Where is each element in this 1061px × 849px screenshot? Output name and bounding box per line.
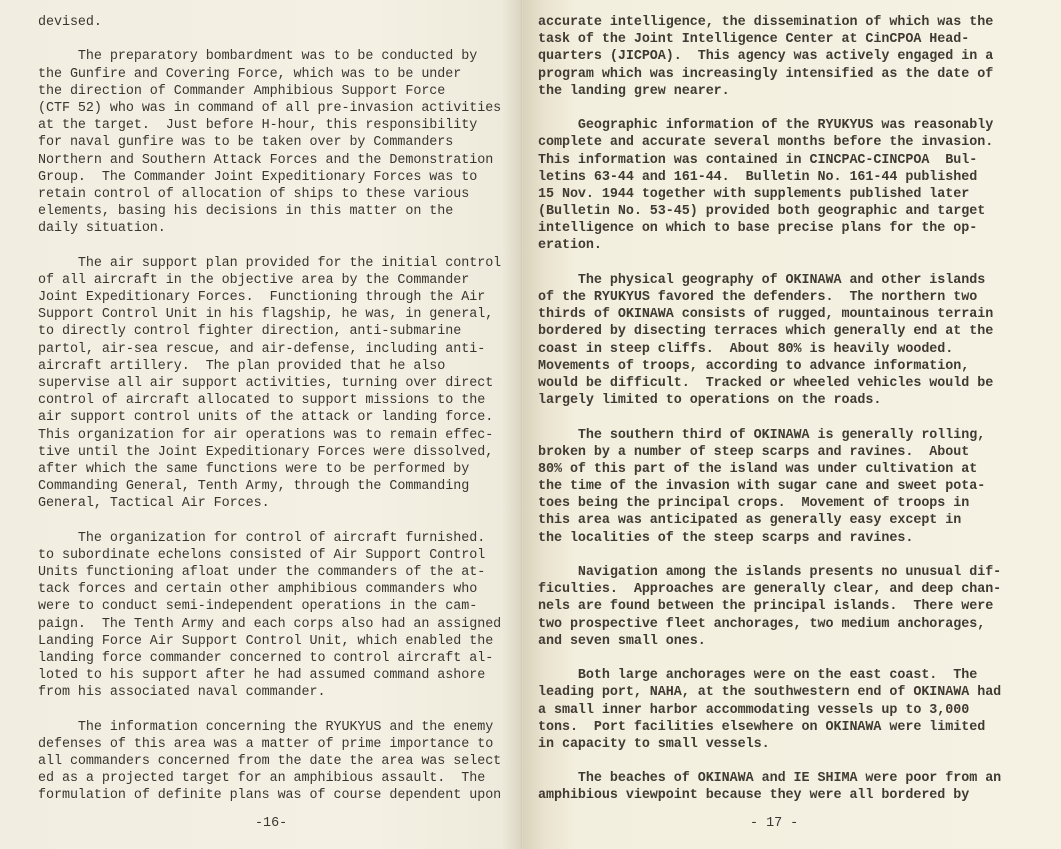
paragraph: The information concerning the RYUKYUS a… xyxy=(38,719,528,805)
text-line: eration. xyxy=(538,237,1043,254)
text-line: The physical geography of OKINAWA and ot… xyxy=(538,272,1043,289)
text-line: the direction of Commander Amphibious Su… xyxy=(38,83,528,100)
paragraph: The air support plan provided for the in… xyxy=(38,255,528,513)
text-line: intelligence on which to base precise pl… xyxy=(538,220,1043,237)
paragraph: devised. xyxy=(38,14,528,31)
text-line: task of the Joint Intelligence Center at… xyxy=(538,31,1043,48)
book-spread: devised. The preparatory bombardment was… xyxy=(0,0,1061,849)
text-line: Northern and Southern Attack Forces and … xyxy=(38,152,528,169)
text-line: control of aircraft allocated to support… xyxy=(38,392,528,409)
text-line: this area was anticipated as generally e… xyxy=(538,512,1043,529)
text-line: 15 Nov. 1944 together with supplements p… xyxy=(538,186,1043,203)
paragraph: Navigation among the islands presents no… xyxy=(538,564,1043,650)
text-line: of the RYUKYUS favored the defenders. Th… xyxy=(538,289,1043,306)
text-line: to subordinate echelons consisted of Air… xyxy=(38,547,528,564)
paragraph: accurate intelligence, the dissemination… xyxy=(538,14,1043,100)
text-line: The preparatory bombardment was to be co… xyxy=(38,48,528,65)
paragraph: Both large anchorages were on the east c… xyxy=(538,667,1043,753)
text-line: Movements of troops, according to advanc… xyxy=(538,358,1043,375)
text-line: amphibious viewpoint because they were a… xyxy=(538,787,1043,804)
text-line: nels are found between the principal isl… xyxy=(538,598,1043,615)
text-line: for naval gunfire was to be taken over b… xyxy=(38,134,528,151)
text-line: toes being the principal crops. Movement… xyxy=(538,495,1043,512)
text-line: This information was contained in CINCPA… xyxy=(538,152,1043,169)
text-line: aircraft artillery. The plan provided th… xyxy=(38,358,528,375)
text-line: Group. The Commander Joint Expeditionary… xyxy=(38,169,528,186)
text-line: broken by a number of steep scarps and r… xyxy=(538,444,1043,461)
page-16-text: devised. The preparatory bombardment was… xyxy=(38,14,528,805)
paragraph: The beaches of OKINAWA and IE SHIMA were… xyxy=(538,770,1043,804)
text-line: Both large anchorages were on the east c… xyxy=(538,667,1043,684)
text-line: The beaches of OKINAWA and IE SHIMA were… xyxy=(538,770,1043,787)
text-line: Navigation among the islands presents no… xyxy=(538,564,1043,581)
text-line: loted to his support after he had assume… xyxy=(38,667,528,684)
text-line: tack forces and certain other amphibious… xyxy=(38,581,528,598)
text-line: to directly control fighter direction, a… xyxy=(38,323,528,340)
text-line: leading port, NAHA, at the southwestern … xyxy=(538,684,1043,701)
text-line: The organization for control of aircraft… xyxy=(38,530,528,547)
text-line: Commanding General, Tenth Army, through … xyxy=(38,478,528,495)
text-line: partol, air-sea rescue, and air-defense,… xyxy=(38,341,528,358)
paragraph: The preparatory bombardment was to be co… xyxy=(38,48,528,237)
text-line: a small inner harbor accommodating vesse… xyxy=(538,702,1043,719)
text-line: two prospective fleet anchorages, two me… xyxy=(538,616,1043,633)
text-line: devised. xyxy=(38,14,528,31)
text-line: program which was increasingly intensifi… xyxy=(538,66,1043,83)
text-line: The air support plan provided for the in… xyxy=(38,255,528,272)
text-line: supervise all air support activities, tu… xyxy=(38,375,528,392)
text-line: landing force commander concerned to con… xyxy=(38,650,528,667)
text-line: ed as a projected target for an amphibio… xyxy=(38,770,528,787)
page-17-text: accurate intelligence, the dissemination… xyxy=(538,14,1043,805)
text-line: General, Tactical Air Forces. xyxy=(38,495,528,512)
text-line: defenses of this area was a matter of pr… xyxy=(38,736,528,753)
text-line: quarters (JICPOA). This agency was activ… xyxy=(538,48,1043,65)
text-line: the Gunfire and Covering Force, which wa… xyxy=(38,66,528,83)
text-line: daily situation. xyxy=(38,220,528,237)
text-line: largely limited to operations on the roa… xyxy=(538,392,1043,409)
text-line: and seven small ones. xyxy=(538,633,1043,650)
paragraph: The southern third of OKINAWA is general… xyxy=(538,427,1043,547)
text-line: from his associated naval commander. xyxy=(38,684,528,701)
text-line: were to conduct semi-independent operati… xyxy=(38,598,528,615)
text-line: Landing Force Air Support Control Unit, … xyxy=(38,633,528,650)
text-line: 80% of this part of the island was under… xyxy=(538,461,1043,478)
text-line: tive until the Joint Expeditionary Force… xyxy=(38,444,528,461)
text-line: letins 63-44 and 161-44. Bulletin No. 16… xyxy=(538,169,1043,186)
text-line: ficulties. Approaches are generally clea… xyxy=(538,581,1043,598)
text-line: air support control units of the attack … xyxy=(38,409,528,426)
paragraph: The physical geography of OKINAWA and ot… xyxy=(538,272,1043,410)
text-line: complete and accurate several months bef… xyxy=(538,134,1043,151)
text-line: bordered by disecting terraces which gen… xyxy=(538,323,1043,340)
text-line: formulation of definite plans was of cou… xyxy=(38,787,528,804)
text-line: after which the same functions were to b… xyxy=(38,461,528,478)
text-line: retain control of allocation of ships to… xyxy=(38,186,528,203)
text-line: the time of the invasion with sugar cane… xyxy=(538,478,1043,495)
text-line: Geographic information of the RYUKYUS wa… xyxy=(538,117,1043,134)
text-line: thirds of OKINAWA consists of rugged, mo… xyxy=(538,306,1043,323)
text-line: paign. The Tenth Army and each corps als… xyxy=(38,616,528,633)
text-line: (Bulletin No. 53-45) provided both geogr… xyxy=(538,203,1043,220)
text-line: coast in steep cliffs. About 80% is heav… xyxy=(538,341,1043,358)
text-line: in capacity to small vessels. xyxy=(538,736,1043,753)
text-line: accurate intelligence, the dissemination… xyxy=(538,14,1043,31)
text-line: at the target. Just before H-hour, this … xyxy=(38,117,528,134)
page-number: -16- xyxy=(255,816,287,831)
paragraph: Geographic information of the RYUKYUS wa… xyxy=(538,117,1043,255)
text-line: all commanders concerned from the date t… xyxy=(38,753,528,770)
text-line: Support Control Unit in his flagship, he… xyxy=(38,306,528,323)
text-line: Units functioning afloat under the comma… xyxy=(38,564,528,581)
page-16: devised. The preparatory bombardment was… xyxy=(0,0,523,849)
text-line: of all aircraft in the objective area by… xyxy=(38,272,528,289)
text-line: would be difficult. Tracked or wheeled v… xyxy=(538,375,1043,392)
text-line: tons. Port facilities elsewhere on OKINA… xyxy=(538,719,1043,736)
text-line: This organization for air operations was… xyxy=(38,427,528,444)
paragraph: The organization for control of aircraft… xyxy=(38,530,528,702)
text-line: the landing grew nearer. xyxy=(538,83,1043,100)
text-line: elements, basing his decisions in this m… xyxy=(38,203,528,220)
page-17: accurate intelligence, the dissemination… xyxy=(523,0,1061,849)
page-number: - 17 - xyxy=(750,816,798,831)
text-line: The southern third of OKINAWA is general… xyxy=(538,427,1043,444)
text-line: Joint Expeditionary Forces. Functioning … xyxy=(38,289,528,306)
text-line: The information concerning the RYUKYUS a… xyxy=(38,719,528,736)
text-line: the localities of the steep scarps and r… xyxy=(538,530,1043,547)
text-line: (CTF 52) who was in command of all pre-i… xyxy=(38,100,528,117)
